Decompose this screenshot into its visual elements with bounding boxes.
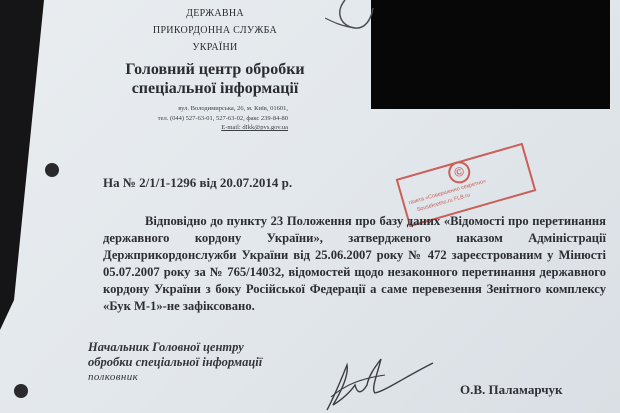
letterhead-line: УКРАЇНИ [90,39,340,56]
punch-hole-top [45,163,59,177]
organization-title: Головний центр обробки [90,60,340,79]
rank: полковник [88,370,262,385]
letterhead-line: ПРИКОРДОННА СЛУЖБА [90,22,340,39]
handwritten-signature-icon [325,355,435,413]
letterhead-line: ДЕРЖАВНА [90,5,340,22]
punch-hole-bottom [14,384,28,398]
letterhead: ДЕРЖАВНА ПРИКОРДОННА СЛУЖБА УКРАЇНИ Голо… [90,0,340,98]
reference-number: На № 2/1/1-1296 від 20.07.2014 р. [103,175,292,191]
email: E-mail: dIkk@pvs.gov.ua [108,123,288,133]
title-line: Начальник Головної центру [88,340,262,355]
letter-body: Відповідно до пункту 23 Положення про ба… [103,213,606,315]
organization-title: спеціальної інформації [90,79,340,98]
address: вул. Володимирська, 26, м. Київ, 01601, [108,104,288,114]
title-line: обробки спеціальної інформації [88,355,262,370]
signer-name: О.В. Паламарчук [460,382,563,398]
letter-body-text: Відповідно до пункту 23 Положення про ба… [103,214,606,313]
contact-info: вул. Володимирська, 26, м. Київ, 01601, … [108,104,288,133]
signatory-title: Начальник Головної центру обробки спеціа… [88,340,262,385]
redacted-area [371,0,610,109]
phones: тел. (044) 527-63-01, 527-63-02, факс 23… [108,114,288,124]
